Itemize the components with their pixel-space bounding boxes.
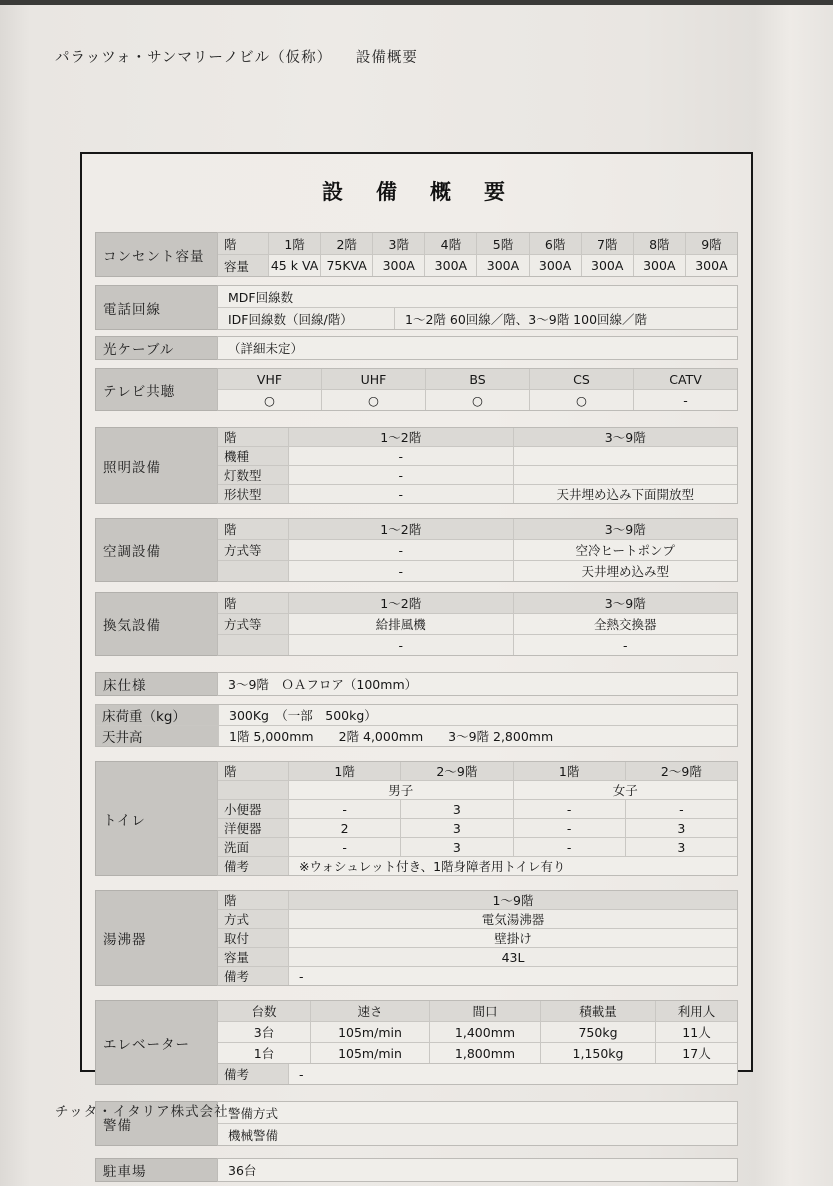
lighting-value: - — [289, 485, 513, 503]
floor-header: 7階 — [582, 233, 633, 254]
capacity-row-label: 容量 — [218, 255, 268, 276]
section-water-heater: 湯沸器 階 1〜9階 方式 電気湯沸器 取付 壁掛け 容量 43L 備考 - — [95, 890, 738, 986]
floor-range-header: 3〜9階 — [514, 593, 738, 613]
section-hvac: 空調設備 階 1〜2階 3〜9階 方式等 - 空冷ヒートポンプ - 天井埋め込み… — [95, 518, 738, 582]
capacity-value: 45 k VA — [269, 255, 320, 276]
capacity-value: 300A — [582, 255, 633, 276]
ventilation-value: 全熱交換器 — [514, 614, 738, 634]
floor-range-header: 1〜2階 — [289, 428, 513, 446]
section-floor-load-ceiling: 床荷重（kg） 300Kg （一部 500kg） 天井高 1階 5,000mm … — [95, 704, 738, 747]
section-ventilation: 換気設備 階 1〜2階 3〜9階 方式等 給排風機 全熱交換器 - - — [95, 592, 738, 656]
floor-load-value: 300Kg （一部 500kg） — [219, 705, 737, 725]
tv-availability-mark: ○ — [218, 390, 321, 410]
ventilation-value: 給排風機 — [289, 614, 513, 634]
outlet-table: 階 1階 2階 3階 4階 5階 6階 7階 8階 9階 容量 45 k VA … — [218, 233, 737, 276]
floor-row-label: 階 — [218, 428, 288, 446]
floor-load-table: 床荷重（kg） 300Kg （一部 500kg） 天井高 1階 5,000mm … — [95, 704, 738, 747]
floor-range-header: 2〜9階 — [401, 762, 512, 780]
floor-header: 1階 — [269, 233, 320, 254]
section-phone-lines: 電話回線 MDF回線数 IDF回線数（回線/階） 1〜2階 60回線／階、3〜9… — [95, 285, 738, 330]
floor-spec-value: 3〜9階 ＯＡフロア（100mm） — [218, 673, 737, 695]
row-label: 形状型 — [218, 485, 288, 503]
tv-availability-mark: ○ — [426, 390, 529, 410]
row-label: 灯数型 — [218, 466, 288, 484]
section-outlet-capacity: コンセント容量 階 1階 2階 3階 4階 5階 6階 7階 8階 9階 容量 … — [95, 232, 738, 277]
hvac-value: 天井埋め込み型 — [514, 561, 738, 581]
tv-channel-header: CS — [530, 369, 633, 389]
section-toilet: トイレ 階 1階 2〜9階 1階 2〜9階 男子 女子 小便器 - 3 - - … — [95, 761, 738, 876]
row-label — [218, 561, 288, 581]
row-label — [218, 635, 288, 655]
capacity-value: 300A — [477, 255, 528, 276]
section-label: 床荷重（kg） — [96, 705, 218, 725]
toilet-count: - — [514, 819, 625, 837]
row-label: 洋便器 — [218, 819, 288, 837]
capacity-value: 300A — [530, 255, 581, 276]
elevator-value: 11人 — [656, 1022, 737, 1042]
gender-group-header: 女子 — [514, 781, 738, 799]
idf-lines-value: 1〜2階 60回線／階、3〜9階 100回線／階 — [395, 308, 737, 329]
section-lighting: 照明設備 階 1〜2階 3〜9階 機種 - 灯数型 - 形状型 - 天井埋め込み… — [95, 427, 738, 504]
mdf-lines: MDF回線数 — [218, 286, 737, 307]
elevator-value: 1台 — [218, 1043, 310, 1063]
floor-header: 5階 — [477, 233, 528, 254]
section-fiber-cable: 光ケーブル （詳細未定） — [95, 336, 738, 360]
floor-range-header: 3〜9階 — [514, 519, 738, 539]
toilet-count: 3 — [401, 819, 512, 837]
elevator-col-header: 速さ — [311, 1001, 429, 1021]
capacity-value: 300A — [425, 255, 476, 276]
scan-top-edge — [0, 0, 833, 5]
water-heater-value: 1〜9階 — [289, 891, 737, 909]
phone-table: MDF回線数 IDF回線数（回線/階） 1〜2階 60回線／階、3〜9階 100… — [218, 286, 737, 329]
toilet-count: 2 — [289, 819, 400, 837]
elevator-col-header: 利用人 — [656, 1001, 737, 1021]
tv-table: VHF UHF BS CS CATV ○ ○ ○ ○ - — [218, 369, 737, 410]
section-label: 空調設備 — [95, 518, 217, 582]
lighting-value — [514, 466, 738, 484]
lighting-value — [514, 447, 738, 465]
section-floor-spec: 床仕様 3〜9階 ＯＡフロア（100mm） — [95, 672, 738, 696]
note-label: 備考 — [218, 967, 288, 985]
floor-header: 8階 — [634, 233, 685, 254]
footer-company-name: チッタ・イタリア株式会社 — [55, 1100, 229, 1120]
floor-header: 9階 — [686, 233, 737, 254]
fiber-table: （詳細未定） — [218, 337, 737, 359]
toilet-count: 3 — [401, 838, 512, 856]
section-label: 照明設備 — [95, 427, 217, 504]
section-label: 換気設備 — [95, 592, 217, 656]
section-label: 電話回線 — [95, 285, 217, 330]
section-tv-reception: テレビ共聴 VHF UHF BS CS CATV ○ ○ ○ ○ - — [95, 368, 738, 411]
water-heater-note: - — [289, 967, 737, 985]
section-label: 湯沸器 — [95, 890, 217, 986]
note-label: 備考 — [218, 857, 288, 875]
capacity-value: 300A — [373, 255, 424, 276]
section-parking: 駐車場 36台 — [95, 1158, 738, 1182]
hvac-value: - — [289, 540, 513, 560]
security-table: 警備方式 機械警備 — [218, 1102, 737, 1145]
section-label: コンセント容量 — [95, 232, 217, 277]
elevator-value: 1,800mm — [430, 1043, 540, 1063]
row-label: 方式等 — [218, 540, 288, 560]
tv-channel-header: UHF — [322, 369, 425, 389]
water-heater-value: 壁掛け — [289, 929, 737, 947]
toilet-note: ※ウォシュレット付き、1階身障者用トイレ有り — [289, 857, 737, 875]
floor-range-header: 1階 — [289, 762, 400, 780]
section-label: 光ケーブル — [95, 336, 217, 360]
floor-header: 3階 — [373, 233, 424, 254]
ventilation-value: - — [514, 635, 738, 655]
lighting-value: - — [289, 447, 513, 465]
floor-range-header: 1階 — [514, 762, 625, 780]
tv-availability-mark: ○ — [322, 390, 425, 410]
section-elevator: エレベーター 台数 速さ 間口 積載量 利用人 3台 105m/min 1,40… — [95, 1000, 738, 1085]
row-label: 機種 — [218, 447, 288, 465]
elevator-col-header: 間口 — [430, 1001, 540, 1021]
floor-range-header: 1〜2階 — [289, 519, 513, 539]
spec-summary-box: 設 備 概 要 コンセント容量 階 1階 2階 3階 4階 5階 6階 7階 8… — [80, 152, 753, 1072]
tv-channel-header: CATV — [634, 369, 737, 389]
tv-channel-header: BS — [426, 369, 529, 389]
toilet-count: - — [289, 800, 400, 818]
section-label: 駐車場 — [95, 1158, 217, 1182]
water-heater-table: 階 1〜9階 方式 電気湯沸器 取付 壁掛け 容量 43L 備考 - — [218, 891, 737, 985]
section-label: 天井高 — [96, 726, 218, 746]
capacity-value: 300A — [634, 255, 685, 276]
section-label: トイレ — [95, 761, 217, 876]
toilet-table: 階 1階 2〜9階 1階 2〜9階 男子 女子 小便器 - 3 - - 洋便器 … — [218, 762, 737, 875]
floor-row-label: 階 — [218, 233, 268, 254]
elevator-value: 1,150kg — [541, 1043, 655, 1063]
floor-header: 2階 — [321, 233, 372, 254]
floor-row-label: 階 — [218, 762, 288, 780]
elevator-value: 3台 — [218, 1022, 310, 1042]
elevator-col-header: 台数 — [218, 1001, 310, 1021]
row-label — [218, 781, 288, 799]
elevator-table: 台数 速さ 間口 積載量 利用人 3台 105m/min 1,400mm 750… — [218, 1001, 737, 1063]
row-label: 洗面 — [218, 838, 288, 856]
toilet-count: - — [626, 800, 737, 818]
toilet-count: 3 — [626, 819, 737, 837]
elevator-value: 750kg — [541, 1022, 655, 1042]
row-label: 容量 — [218, 948, 288, 966]
tv-availability-mark: ○ — [530, 390, 633, 410]
water-heater-value: 43L — [289, 948, 737, 966]
elevator-value: 105m/min — [311, 1022, 429, 1042]
floor-range-header: 1〜2階 — [289, 593, 513, 613]
lighting-value: 天井埋め込み下面開放型 — [514, 485, 738, 503]
parking-value: 36台 — [218, 1159, 737, 1181]
water-heater-value: 電気湯沸器 — [289, 910, 737, 928]
toilet-count: 3 — [401, 800, 512, 818]
elevator-value: 105m/min — [311, 1043, 429, 1063]
tv-availability-mark: - — [634, 390, 737, 410]
floor-spec-table: 3〜9階 ＯＡフロア（100mm） — [218, 673, 737, 695]
tv-channel-header: VHF — [218, 369, 321, 389]
toilet-count: - — [514, 838, 625, 856]
section-label: テレビ共聴 — [95, 368, 217, 411]
box-title: 設 備 概 要 — [82, 176, 751, 206]
lighting-value: - — [289, 466, 513, 484]
capacity-value: 300A — [686, 255, 737, 276]
hvac-table: 階 1〜2階 3〜9階 方式等 - 空冷ヒートポンプ - 天井埋め込み型 — [218, 519, 737, 581]
elevator-value: 1,400mm — [430, 1022, 540, 1042]
row-label: 階 — [218, 891, 288, 909]
fiber-value: （詳細未定） — [218, 337, 737, 359]
ventilation-table: 階 1〜2階 3〜9階 方式等 給排風機 全熱交換器 - - — [218, 593, 737, 655]
parking-table: 36台 — [218, 1159, 737, 1181]
floor-header: 4階 — [425, 233, 476, 254]
floor-row-label: 階 — [218, 519, 288, 539]
document-header-title: パラッツォ・サンマリーノビル（仮称） 設備概要 — [55, 46, 418, 67]
row-label: 取付 — [218, 929, 288, 947]
floor-range-header: 3〜9階 — [514, 428, 738, 446]
security-method-label: 警備方式 — [218, 1102, 737, 1123]
lighting-table: 階 1〜2階 3〜9階 機種 - 灯数型 - 形状型 - 天井埋め込み下面開放型 — [218, 428, 737, 503]
toilet-count: - — [514, 800, 625, 818]
elevator-note: - — [289, 1064, 737, 1084]
row-label: 方式等 — [218, 614, 288, 634]
elevator-col-header: 積載量 — [541, 1001, 655, 1021]
toilet-count: 3 — [626, 838, 737, 856]
note-label: 備考 — [218, 1064, 288, 1084]
toilet-count: - — [289, 838, 400, 856]
floor-range-header: 2〜9階 — [626, 762, 737, 780]
hvac-value: - — [289, 561, 513, 581]
ceiling-height-value: 1階 5,000mm 2階 4,000mm 3〜9階 2,800mm — [219, 726, 737, 746]
row-label: 方式 — [218, 910, 288, 928]
floor-header: 6階 — [530, 233, 581, 254]
section-label: エレベーター — [95, 1000, 217, 1085]
capacity-value: 75KVA — [321, 255, 372, 276]
elevator-note-row: 備考 - — [218, 1064, 737, 1084]
row-label: 小便器 — [218, 800, 288, 818]
floor-row-label: 階 — [218, 593, 288, 613]
section-label: 床仕様 — [95, 672, 217, 696]
elevator-value: 17人 — [656, 1043, 737, 1063]
idf-lines-label: IDF回線数（回線/階） — [218, 308, 394, 329]
hvac-value: 空冷ヒートポンプ — [514, 540, 738, 560]
gender-group-header: 男子 — [289, 781, 513, 799]
security-method-value: 機械警備 — [218, 1124, 737, 1145]
ventilation-value: - — [289, 635, 513, 655]
